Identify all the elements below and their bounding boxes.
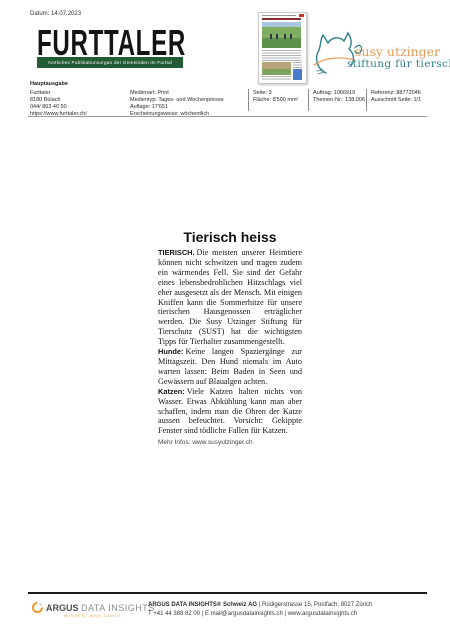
thumb-headline-bar bbox=[262, 18, 301, 20]
thumb-side-column bbox=[293, 62, 302, 68]
press-clipping-page: Datum: 14.07.2023 FURTTALER Amtliches Pu… bbox=[0, 0, 450, 638]
source-phone: 044/ 863 40 50 bbox=[30, 104, 87, 111]
paragraph-lead: TIERISCH. bbox=[158, 248, 195, 257]
article-paragraph: Katzen:Viele Katzen halten nichts von Wa… bbox=[158, 387, 302, 437]
argus-logo: ARGUS DATA INSIGHTS’ WISSEN, WAS ZÄHLT. bbox=[32, 602, 157, 618]
topic-number: Themen-Nr.: 138.006 bbox=[313, 97, 365, 104]
meta-reference-column: Referenz: 88772046 Ausschnitt Seite: 1/1 bbox=[371, 90, 421, 104]
date-label: Datum: 14.07.2023 bbox=[30, 11, 81, 17]
thumb-masthead-line bbox=[262, 15, 296, 16]
source-name: Furttaler bbox=[30, 90, 87, 97]
footer-company-line: ARGUS DATA INSIGHTS® Schweiz AG | Rüdige… bbox=[148, 601, 372, 610]
footer-company-name: ARGUS DATA INSIGHTS® Schweiz AG bbox=[148, 602, 257, 608]
edition-label: Hauptausgabe bbox=[30, 81, 68, 87]
argus-brand-rest: DATA INSIGHTS’ bbox=[81, 603, 157, 613]
footer-contact-line: T +41 44 388 82 00 | E mail@argusdatains… bbox=[148, 610, 372, 619]
media-auflage: Auflage: 17'651 bbox=[130, 104, 224, 111]
page-number: Seite: 3 bbox=[253, 90, 298, 97]
article-paragraph: Hunde:Keine langen Spaziergänge zur Mitt… bbox=[158, 347, 302, 387]
thumb-text-bottom bbox=[262, 76, 291, 81]
source-city: 8180 Bülach bbox=[30, 97, 87, 104]
page-area: Fläche: 8'500 mm² bbox=[253, 97, 298, 104]
more-info-link[interactable]: Mehr Infos: www.susyutzinger.ch bbox=[158, 438, 302, 448]
newspaper-thumbnail-icon bbox=[258, 12, 307, 84]
order-number: Auftrag: 1066919 bbox=[313, 90, 365, 97]
sust-logo-subtitle: stiftung für tierschutz bbox=[347, 58, 450, 70]
article-paragraph: TIERISCH.Die meisten unserer Heimtiere k… bbox=[158, 248, 302, 347]
article-body: TIERISCH.Die meisten unserer Heimtiere k… bbox=[158, 248, 302, 448]
meta-order-column: Auftrag: 1066919 Themen-Nr.: 138.006 bbox=[313, 90, 365, 104]
sust-logo-name: susy utzinger bbox=[355, 44, 440, 59]
email-link[interactable]: E mail@argusdatainsights.ch bbox=[205, 611, 283, 617]
website-link[interactable]: www.argusdatainsights.ch bbox=[288, 611, 357, 617]
thumb-photo-field bbox=[262, 22, 301, 48]
argus-tagline: WISSEN, WAS ZÄHLT. bbox=[64, 614, 157, 618]
thumb-photo-building bbox=[262, 62, 291, 75]
footer-contact-block: ARGUS DATA INSIGHTS® Schweiz AG | Rüdige… bbox=[148, 601, 372, 618]
thumb-blue-box bbox=[293, 69, 302, 80]
meta-source-column: Furttaler 8180 Bülach 044/ 863 40 50 htt… bbox=[30, 90, 87, 118]
paragraph-lead: Katzen: bbox=[158, 387, 185, 396]
argus-brand-argus: ARGUS bbox=[46, 603, 79, 613]
article-title: Tierisch heiss bbox=[145, 229, 315, 245]
clip-page: Ausschnitt Seite: 1/1 bbox=[371, 97, 421, 104]
reference-number: Referenz: 88772046 bbox=[371, 90, 421, 97]
phone-label: T +41 44 388 82 00 bbox=[148, 611, 200, 617]
paragraph-lead: Hunde: bbox=[158, 347, 183, 356]
meta-page-column: Seite: 3 Fläche: 8'500 mm² bbox=[253, 90, 298, 104]
media-art: Medienart: Print bbox=[130, 90, 224, 97]
sust-logo: susy utzinger stiftung für tierschutz bbox=[311, 28, 439, 78]
meta-media-column: Medienart: Print Medientyp: Tages- und W… bbox=[130, 90, 224, 118]
footer-rule bbox=[28, 592, 427, 594]
argus-brand: ARGUS DATA INSIGHTS’ bbox=[46, 603, 157, 613]
thumb-red-flag bbox=[299, 14, 304, 17]
meta-divider bbox=[366, 89, 367, 111]
argus-arc-icon bbox=[32, 602, 43, 613]
meta-divider bbox=[308, 89, 309, 111]
thumb-text-columns bbox=[262, 50, 301, 61]
paragraph-text: Die meisten unserer Heimtiere können nic… bbox=[158, 248, 302, 346]
meta-divider bbox=[248, 89, 249, 111]
header-rule bbox=[28, 116, 427, 117]
footer-company-address: | Rüdigerstrasse 15, Postfach, 8027 Züri… bbox=[257, 602, 372, 608]
masthead-subtitle-bar: Amtliches Publikationsorgan der Gemeinde… bbox=[37, 57, 183, 68]
media-typ: Medientyp: Tages- und Wochenpresse bbox=[130, 97, 224, 104]
masthead-title: FURTTALER bbox=[37, 25, 186, 61]
